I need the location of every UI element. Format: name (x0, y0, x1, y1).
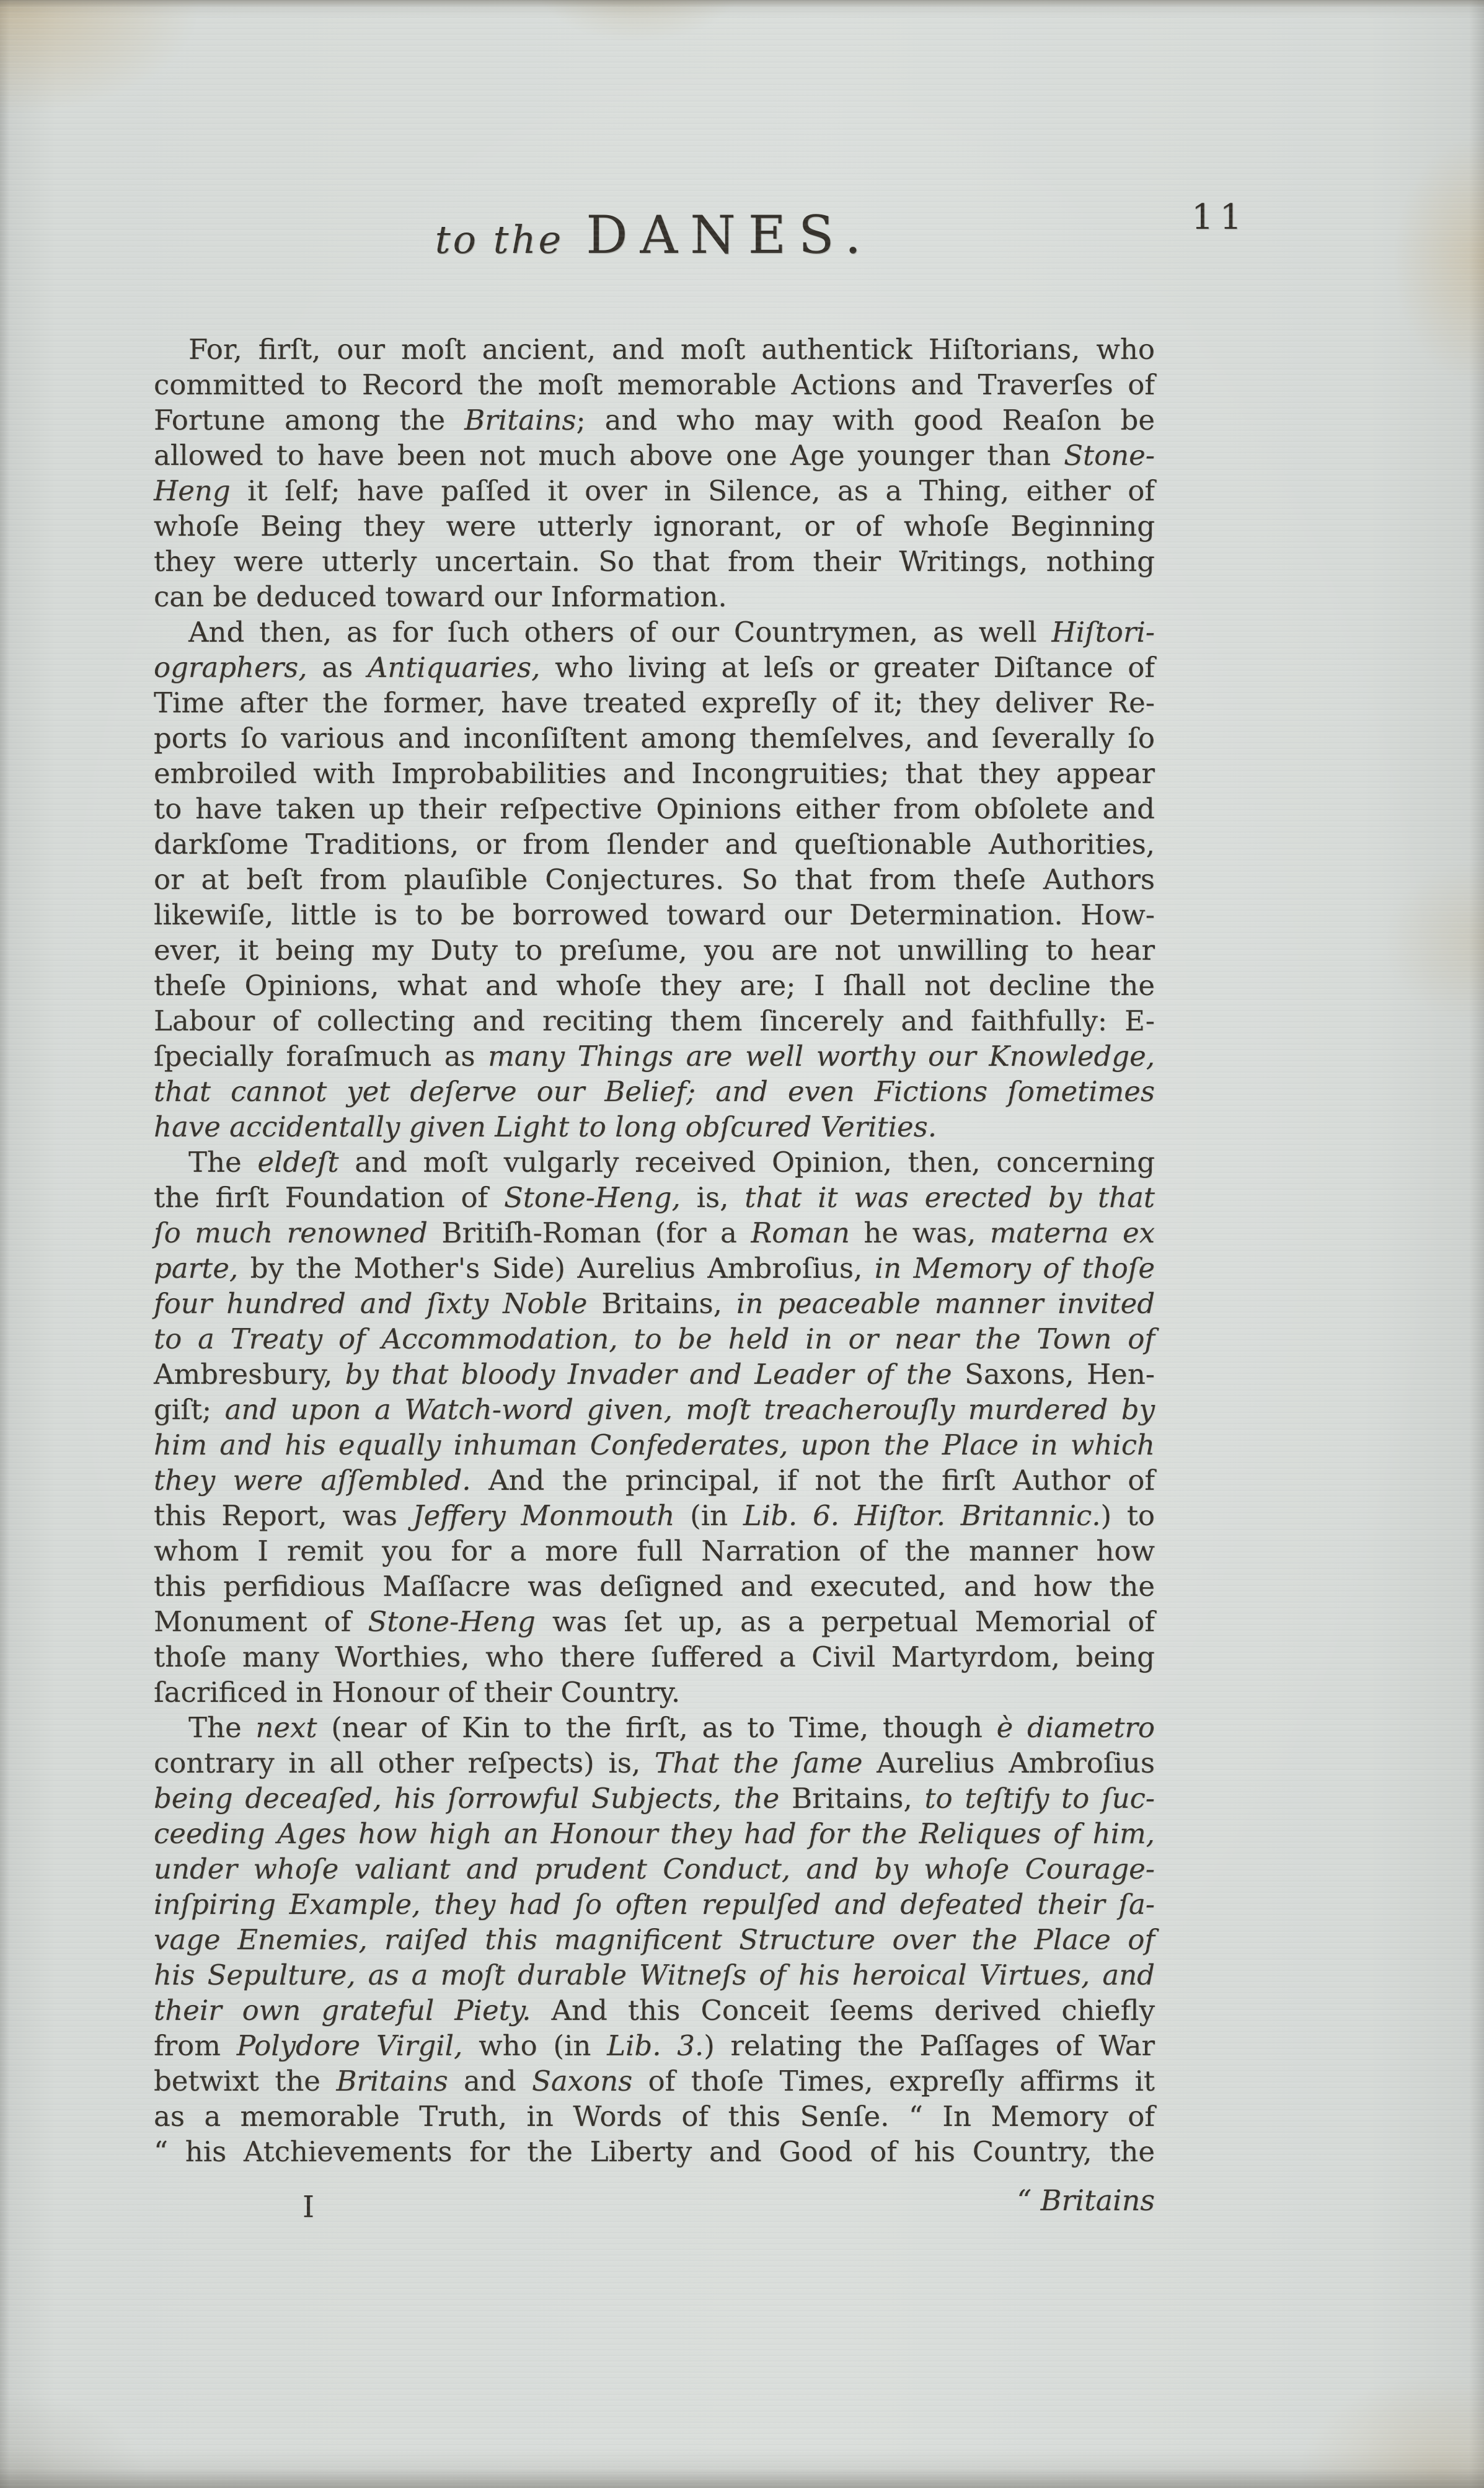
text-line: thoſe many Worthies, who there ſuffered … (154, 1639, 1155, 1675)
text-segment: ports ſo various and inconſiſtent among … (154, 722, 1155, 755)
italic-text-segment: ceeding Ages how high an Honour they had… (154, 1817, 1155, 1850)
italic-text-segment: è diametro (997, 1711, 1155, 1744)
text-line: inſpiring Example, they had ſo often rep… (154, 1887, 1155, 1922)
italic-text-segment: Lib. 3. (607, 2029, 704, 2062)
italic-text-segment: Stone-Heng, (504, 1181, 681, 1214)
italic-text-segment: ſo much renowned (154, 1216, 441, 1249)
text-segment: Fortune among the (154, 404, 464, 436)
italic-text-segment: Polydore Virgil, (237, 2029, 463, 2062)
text-line: they were utterly uncertain. So that fro… (154, 544, 1155, 579)
text-segment: Britains, (792, 1782, 924, 1815)
text-segment: ) relating the Paſſages of War (704, 2029, 1155, 2062)
text-line: this Report, was Jeffery Monmouth (in Li… (154, 1498, 1155, 1533)
text-line: being deceaſed, his ſorrowful Subjects, … (154, 1781, 1155, 1816)
text-segment: who (in (462, 2029, 607, 2062)
text-segment: darkſome Traditions, or from ſlender and… (154, 828, 1155, 861)
text-segment: Monument of (154, 1605, 368, 1638)
text-line: to a Treaty of Accommodation, to be held… (154, 1321, 1155, 1357)
italic-text-segment: Hiſtori- (1051, 616, 1155, 649)
text-segment: this Report, was (154, 1499, 413, 1532)
text-segment: Labour of collecting and reciting them ſ… (154, 1004, 1155, 1037)
text-segment: the firſt Foundation of (154, 1181, 504, 1214)
text-segment: can be deduced toward our Information. (154, 580, 727, 613)
text-line: their own grateful Piety. And this Conce… (154, 1993, 1155, 2028)
text-segment: And this Conceit ſeems derived chiefly (531, 1994, 1155, 2027)
text-segment: contrary in all other reſpects) is, (154, 1746, 655, 1779)
text-segment: ; and who may with good Reaſon be (576, 404, 1155, 436)
text-segment: they were utterly uncertain. So that fro… (154, 545, 1155, 578)
text-segment: and moſt vulgarly received Opinion, then… (339, 1146, 1155, 1179)
text-line: “ his Atchievements for the Liberty and … (154, 2134, 1155, 2169)
text-segment: as (307, 651, 368, 684)
text-line: The eldeſt and moſt vulgarly received Op… (154, 1144, 1155, 1180)
italic-text-segment: many Things are well worthy our Knowledg… (488, 1040, 1155, 1073)
text-line: vage Enemies, raiſed this magnificent St… (154, 1922, 1155, 1957)
italic-text-segment: four hundred and ſixty Noble (154, 1287, 601, 1320)
italic-text-segment: Saxons (532, 2065, 632, 2097)
text-segment: and (448, 2065, 532, 2097)
text-line: And then, as for ſuch others of our Coun… (154, 614, 1155, 650)
text-line: ever, it being my Duty to preſume, you a… (154, 932, 1155, 968)
text-segment: And then, as for ſuch others of our Coun… (188, 616, 1051, 649)
text-segment: he was, (850, 1216, 990, 1249)
text-line: parte, by the Mother's Side) Aurelius Am… (154, 1251, 1155, 1286)
text-segment: “ his Atchievements for the Liberty and … (154, 2135, 1155, 2168)
italic-text-segment: in Memory of thoſe (875, 1252, 1155, 1285)
text-line: theſe Opinions, what and whoſe they are;… (154, 968, 1155, 1003)
text-segment: theſe Opinions, what and whoſe they are;… (154, 969, 1155, 1002)
running-head-prefix: to the (435, 217, 564, 262)
text-line: can be deduced toward our Information. (154, 579, 1155, 614)
text-line: that cannot yet deſerve our Belief; and … (154, 1074, 1155, 1109)
text-segment: (near of Kin to the firſt, as to Time, t… (317, 1711, 996, 1744)
text-segment: Britiſh-Roman (for a (441, 1216, 751, 1249)
text-segment: it ſelf; have paſſed it over in Silence,… (231, 474, 1155, 507)
italic-text-segment: in peaceable manner invited (736, 1287, 1155, 1320)
italic-text-segment: to a Treaty of Accommodation, to be held… (154, 1322, 1155, 1355)
text-segment: betwixt the (154, 2065, 336, 2097)
text-line: they were aſſembled. And the principal, … (154, 1463, 1155, 1498)
text-line: darkſome Traditions, or from ſlender and… (154, 826, 1155, 862)
text-line: likewiſe, little is to be borrowed towar… (154, 897, 1155, 932)
text-segment: of thoſe Times, expreſly affirms it (632, 2065, 1155, 2097)
text-line: his Sepulture, as a moſt durable Witneſs… (154, 1957, 1155, 1993)
italic-text-segment: ographers, (154, 651, 307, 684)
text-line: or at beſt from plauſible Conjectures. S… (154, 862, 1155, 897)
running-head-title: DANES. (586, 205, 873, 265)
text-segment: Ambresbury, (154, 1358, 345, 1391)
italic-text-segment: by that bloody Invader and Leader of the (345, 1358, 965, 1391)
text-line: The next (near of Kin to the firſt, as t… (154, 1710, 1155, 1745)
text-segment: And the principal, if not the firſt Auth… (471, 1464, 1155, 1497)
italic-text-segment: Jeffery Monmouth (413, 1499, 675, 1532)
text-line: committed to Record the moſt memorable A… (154, 367, 1155, 402)
signature-mark: I (303, 2190, 314, 2225)
italic-text-segment: Roman (751, 1216, 849, 1249)
italic-text-segment: That the ſame (655, 1746, 877, 1779)
text-segment: likewiſe, little is to be borrowed towar… (154, 898, 1155, 931)
text-segment: Saxons, Hen- (965, 1358, 1155, 1391)
running-head: to theDANES. (154, 205, 1155, 265)
text-segment: committed to Record the moſt memorable A… (154, 368, 1155, 401)
italic-text-segment: his Sepulture, as a moſt durable Witneſs… (154, 1959, 1155, 1991)
italic-text-segment: they were aſſembled. (154, 1464, 471, 1497)
text-segment: or at beſt from plauſible Conjectures. S… (154, 863, 1155, 896)
text-segment: embroiled with Improbabilities and Incon… (154, 757, 1155, 790)
text-segment: by the Mother's Side) Aurelius Ambroſius… (238, 1252, 875, 1285)
text-line: Heng it ſelf; have paſſed it over in Sil… (154, 473, 1155, 508)
text-segment: from (154, 2029, 237, 2062)
italic-text-segment: that it was erected by that (744, 1181, 1155, 1214)
text-segment: whom I remit you for a more full Narrati… (154, 1534, 1155, 1567)
italic-text-segment: Stone- (1064, 439, 1155, 472)
italic-text-segment: him and his equally inhuman Confederates… (154, 1428, 1155, 1461)
text-segment: is, (681, 1181, 744, 1214)
text-line: as a memorable Truth, in Words of this S… (154, 2099, 1155, 2134)
italic-text-segment: their own grateful Piety. (154, 1994, 531, 2027)
text-segment: (in (674, 1499, 743, 1532)
text-line: whoſe Being they were utterly ignorant, … (154, 508, 1155, 544)
text-segment: For, firſt, our moſt ancient, and moſt a… (188, 333, 1155, 366)
text-line: allowed to have been not much above one … (154, 438, 1155, 473)
italic-text-segment: parte, (154, 1252, 238, 1285)
italic-text-segment: and upon a Watch-word given, moſt treach… (225, 1393, 1155, 1426)
text-segment: Britains, (601, 1287, 736, 1320)
text-line: contrary in all other reſpects) is, That… (154, 1745, 1155, 1781)
italic-text-segment: Heng (154, 474, 231, 507)
italic-text-segment: have accidentally given Light to long ob… (154, 1110, 937, 1143)
text-segment: allowed to have been not much above one … (154, 439, 1064, 472)
italic-text-segment: Britains (464, 404, 576, 436)
page-body: For, firſt, our moſt ancient, and moſt a… (154, 332, 1155, 2169)
text-segment: who living at leſs or greater Diſtance o… (540, 651, 1155, 684)
italic-text-segment: vage Enemies, raiſed this magnificent St… (154, 1923, 1155, 1956)
italic-text-segment: eldeſt (257, 1146, 338, 1179)
text-line: ſpecially foraſmuch as many Things are w… (154, 1038, 1155, 1074)
italic-text-segment: being deceaſed, his ſorrowful Subjects, … (154, 1782, 792, 1815)
catchword: “ Britains (855, 2184, 1155, 2217)
text-segment: thoſe many Worthies, who there ſuffered … (154, 1640, 1155, 1673)
text-segment: The (188, 1711, 255, 1744)
text-line: giſt; and upon a Watch-word given, moſt … (154, 1392, 1155, 1427)
italic-text-segment: inſpiring Example, they had ſo often rep… (154, 1888, 1155, 1921)
text-segment: whoſe Being they were utterly ignorant, … (154, 510, 1155, 542)
text-segment: The (188, 1146, 257, 1179)
text-line: him and his equally inhuman Confederates… (154, 1427, 1155, 1463)
italic-text-segment: Stone-Heng (368, 1605, 535, 1638)
text-segment: ſacrificed in Honour of their Country. (154, 1676, 680, 1709)
text-segment: to have taken up their reſpective Opinio… (154, 792, 1155, 825)
text-segment: ) to (1101, 1499, 1155, 1532)
italic-text-segment: Antiquaries, (368, 651, 541, 684)
italic-text-segment: Lib. 6. Hiſtor. Britannic. (743, 1499, 1101, 1532)
text-segment: giſt; (154, 1393, 225, 1426)
italic-text-segment: Britains (336, 2065, 448, 2097)
text-line: this perfidious Maſſacre was deſigned an… (154, 1569, 1155, 1604)
italic-text-segment: under whoſe valiant and prudent Conduct,… (154, 1853, 1155, 1885)
text-line: ports ſo various and inconſiſtent among … (154, 720, 1155, 756)
text-line: Monument of Stone-Heng was ſet up, as a … (154, 1604, 1155, 1639)
italic-text-segment: materna ex (990, 1216, 1155, 1249)
text-line: whom I remit you for a more full Narrati… (154, 1533, 1155, 1569)
text-line: Fortune among the Britains; and who may … (154, 402, 1155, 438)
page-number: 11 (1191, 197, 1248, 237)
text-line: to have taken up their reſpective Opinio… (154, 791, 1155, 826)
text-segment: was ſet up, as a perpetual Memorial of (536, 1605, 1155, 1638)
text-segment: ever, it being my Duty to preſume, you a… (154, 934, 1155, 967)
italic-text-segment: next (255, 1711, 317, 1744)
text-segment: ſpecially foraſmuch as (154, 1040, 488, 1073)
text-line: Labour of collecting and reciting them ſ… (154, 1003, 1155, 1038)
text-line: from Polydore Virgil, who (in Lib. 3.) r… (154, 2028, 1155, 2063)
text-line: ceeding Ages how high an Honour they had… (154, 1816, 1155, 1851)
text-line: four hundred and ſixty Noble Britains, i… (154, 1286, 1155, 1321)
text-line: betwixt the Britains and Saxons of thoſe… (154, 2063, 1155, 2099)
text-segment: as a memorable Truth, in Words of this S… (154, 2100, 1155, 2133)
italic-text-segment: that cannot yet deſerve our Belief; and … (154, 1075, 1155, 1108)
text-line: Time after the former, have treated expr… (154, 685, 1155, 720)
text-segment: Time after the former, have treated expr… (154, 686, 1155, 719)
text-line: For, firſt, our moſt ancient, and moſt a… (154, 332, 1155, 367)
text-line: ographers, as Antiquaries, who living at… (154, 650, 1155, 685)
book-page-scan: to theDANES. 11 For, firſt, our moſt anc… (0, 0, 1484, 2488)
text-segment: Aurelius Ambroſius (877, 1746, 1155, 1779)
text-line: Ambresbury, by that bloody Invader and L… (154, 1357, 1155, 1392)
text-line: embroiled with Improbabilities and Incon… (154, 756, 1155, 791)
text-segment: this perfidious Maſſacre was deſigned an… (154, 1570, 1155, 1603)
italic-text-segment: to teſtify to ſuc- (924, 1782, 1155, 1815)
text-line: under whoſe valiant and prudent Conduct,… (154, 1851, 1155, 1887)
text-line: the firſt Foundation of Stone-Heng, is, … (154, 1180, 1155, 1215)
text-line: ſacrificed in Honour of their Country. (154, 1675, 1155, 1710)
text-line: ſo much renowned Britiſh-Roman (for a Ro… (154, 1215, 1155, 1251)
text-line: have accidentally given Light to long ob… (154, 1109, 1155, 1144)
